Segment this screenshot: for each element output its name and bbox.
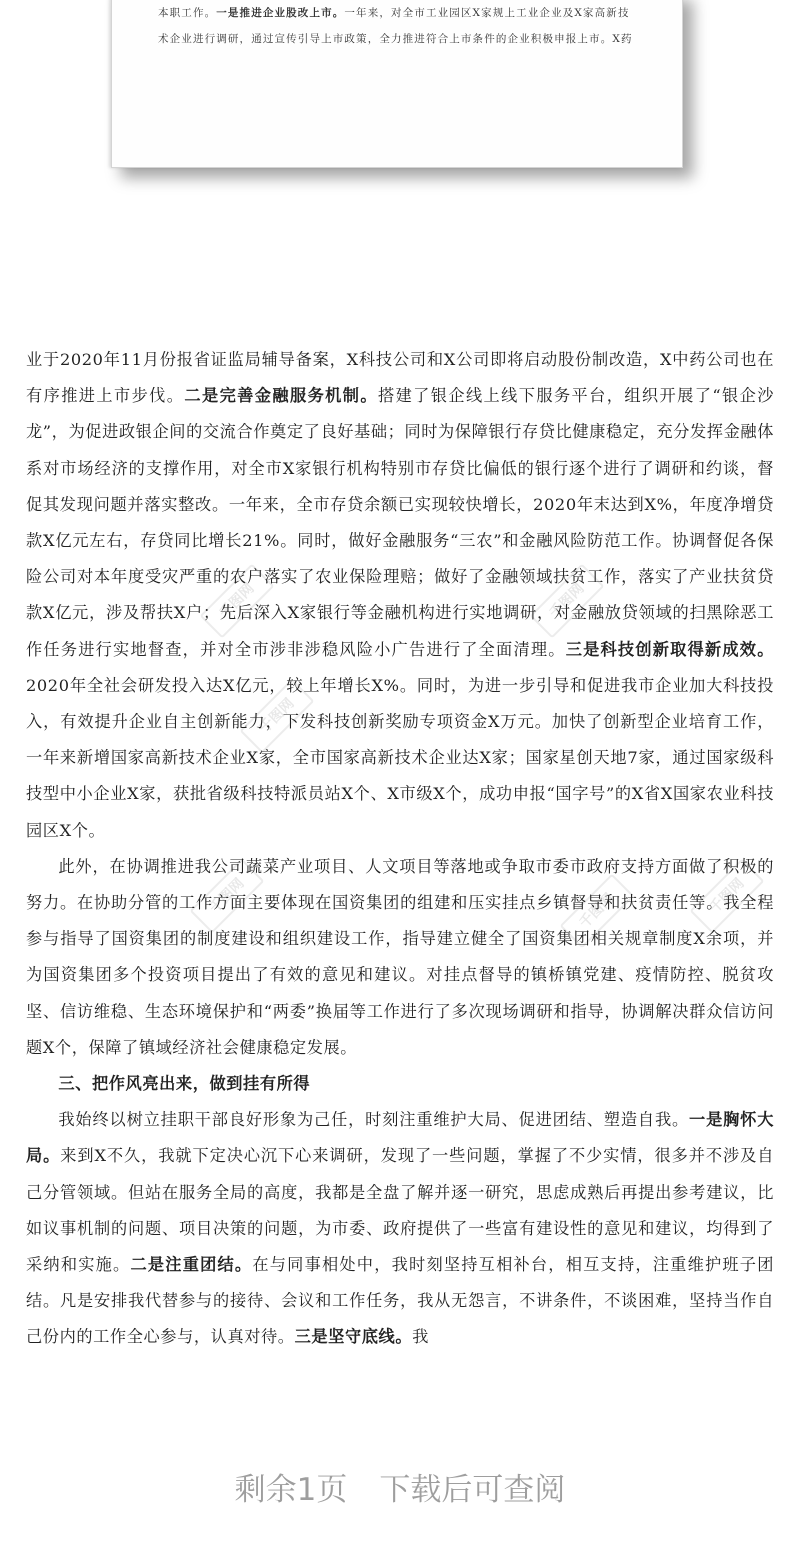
paragraph-additional-work: 此外，在协调推进我公司蔬菜产业项目、人文项目等落地或争取市委市政府支持方面做了积… <box>26 849 774 1066</box>
preview-line-1: 本职工作。一是推进企业股改上市。一年来，对全市工业园区X家规上工业企业及X家高新… <box>158 6 648 20</box>
bold-point-3: 三是坚守底线。 <box>295 1327 413 1346</box>
document-body: 业于2020年11月份报省证监局辅导备案，X科技公司和X公司即将启动股份制改造，… <box>26 342 774 1356</box>
bold-point-2: 二是完善金融服务机制。 <box>184 386 378 405</box>
remaining-pages-label: 剩余1页 <box>235 1472 348 1508</box>
section-heading-3: 三、把作风亮出来，做到挂有所得 <box>26 1066 774 1102</box>
bold-point-2: 二是注重团结。 <box>130 1255 252 1274</box>
bold-point-3: 三是科技创新取得新成效。 <box>566 640 774 659</box>
paragraph-text: 我 <box>412 1327 429 1346</box>
paragraph-finance-tech: 业于2020年11月份报省证监局辅导备案，X科技公司和X公司即将启动股份制改造，… <box>26 342 774 849</box>
document-preview-page: 本职工作。一是推进企业股改上市。一年来，对全市工业园区X家规上工业企业及X家高新… <box>111 0 683 168</box>
preview-bold-text: 一是推进企业股改上市。 <box>216 7 344 19</box>
paragraph-text: 我始终以树立挂职干部良好形象为己任，时刻注重维护大局、促进团结、塑造自我。 <box>58 1110 689 1129</box>
download-to-view-label[interactable]: 下载后可查阅 <box>379 1472 565 1508</box>
paragraph-work-style: 我始终以树立挂职干部良好形象为己任，时刻注重维护大局、促进团结、塑造自我。一是胸… <box>26 1102 774 1355</box>
download-notice[interactable]: 剩余1页下载后可查阅 <box>0 1464 800 1509</box>
paragraph-text: 搭建了银企线上线下服务平台，组织开展了“银企沙龙”，为促进政银企间的交流合作奠定… <box>26 386 774 658</box>
preview-text: 本职工作。 <box>158 7 216 19</box>
preview-text: 一年来，对全市工业园区X家规上工业企业及X家高新技 <box>344 7 629 19</box>
preview-line-2: 术企业进行调研，通过宣传引导上市政策，全力推进符合上市条件的企业积极申报上市。X… <box>158 32 648 46</box>
paragraph-text: 2020年全社会研发投入达X亿元，较上年增长X%。同时，为进一步引导和促进我市企… <box>26 676 774 840</box>
